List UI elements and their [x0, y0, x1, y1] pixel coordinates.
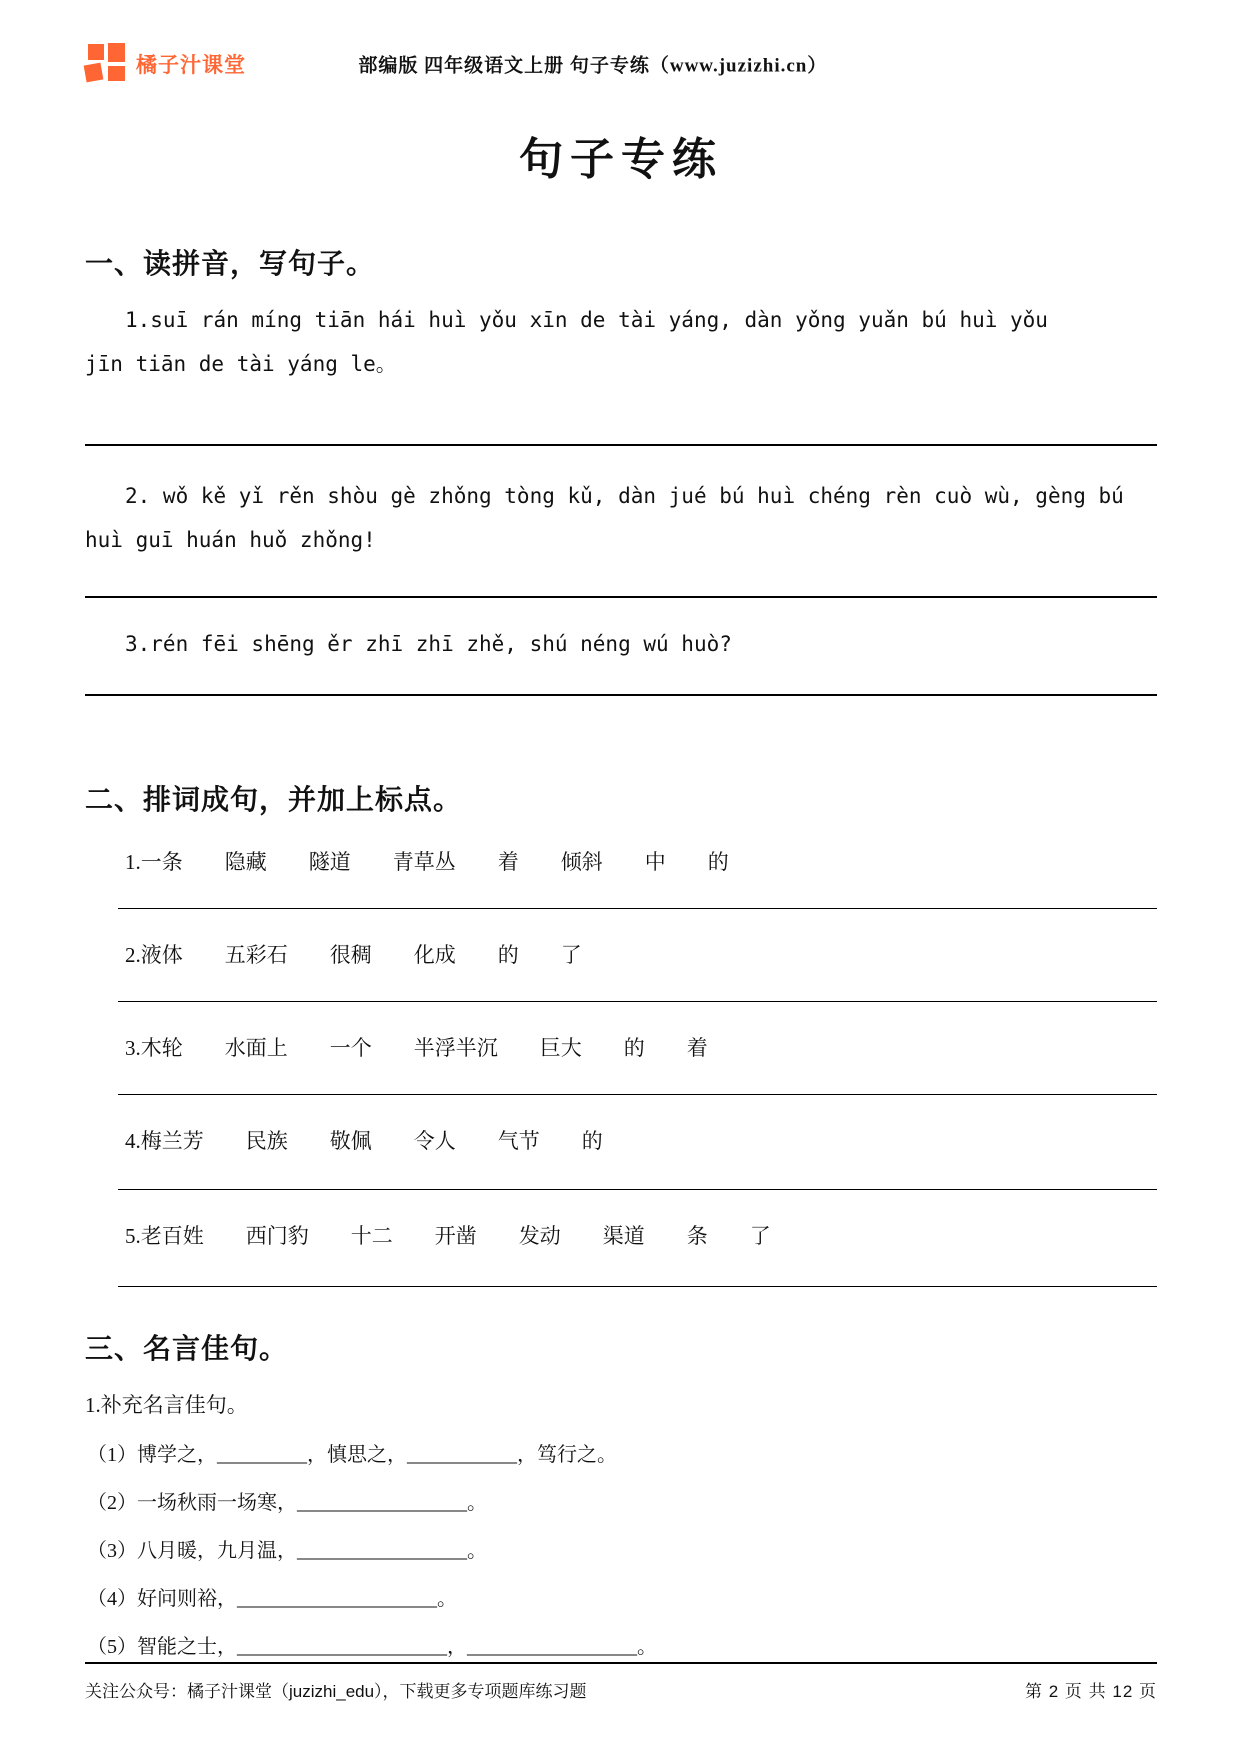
pinyin-q3-line1: 3.rén fēi shēng ěr zhī zhī zhě, shú néng… [85, 622, 1157, 666]
section1-heading: 一、读拼音，写句子。 [85, 244, 1157, 284]
section2-heading: 二、排词成句，并加上标点。 [85, 780, 1157, 820]
answer-line-q2 [85, 596, 1157, 598]
answer-line-q1 [85, 444, 1157, 446]
orange-squares-logo-icon [85, 43, 127, 85]
answer-line-reorder-5 [118, 1286, 1157, 1287]
quote-item-1: （1）博学之，_________，慎思之，___________，笃行之。 [87, 1439, 1157, 1471]
reorder-item-2: 2.液体 五彩石 很稠 化成 的 了 [85, 937, 1157, 973]
reorder-item-5: 5.老百姓 西门豹 十二 开凿 发动 渠道 条 了 [85, 1218, 1157, 1254]
pinyin-question-3: 3.rén fēi shēng ěr zhī zhī zhě, shú néng… [85, 622, 1157, 666]
brand-logo: 橘子汁课堂 [85, 43, 246, 85]
quote-item-5: （5）智能之士，_____________________，__________… [87, 1631, 1157, 1663]
pinyin-q1-line1: 1.suī rán míng tiān hái huì yǒu xīn de t… [85, 298, 1157, 342]
section3-subheading: 1.补充名言佳句。 [85, 1389, 1157, 1421]
pinyin-q2-line2: huì guī huán huǒ zhǒng! [85, 518, 1157, 562]
page-footer: 关注公众号：橘子汁课堂（juzizhi_edu），下载更多专项题库练习题 第 2… [85, 1662, 1157, 1702]
quote-item-2: （2）一场秋雨一场寒，_________________。 [87, 1487, 1157, 1519]
page-header: 橘子汁课堂 部编版 四年级语文上册 句子专练（www.juzizhi.cn） [85, 40, 1157, 88]
worksheet-page: 橘子汁课堂 部编版 四年级语文上册 句子专练（www.juzizhi.cn） 句… [0, 0, 1240, 1754]
pinyin-question-2: 2. wǒ kě yǐ rěn shòu gè zhǒng tòng kǔ, d… [85, 474, 1157, 562]
footer-note: 关注公众号：橘子汁课堂（juzizhi_edu），下载更多专项题库练习题 [85, 1677, 587, 1702]
answer-line-reorder-1 [118, 908, 1157, 909]
answer-line-reorder-4 [118, 1189, 1157, 1190]
answer-line-reorder-3 [118, 1094, 1157, 1095]
reorder-item-1: 1.一条 隐藏 隧道 青草丛 着 倾斜 中 的 [85, 844, 1157, 880]
doc-title: 句子专练 [85, 130, 1157, 190]
pinyin-question-1: 1.suī rán míng tiān hái huì yǒu xīn de t… [85, 298, 1157, 386]
section3-heading: 三、名言佳句。 [85, 1329, 1157, 1369]
reorder-item-3: 3.木轮 水面上 一个 半浮半沉 巨大 的 着 [85, 1030, 1157, 1066]
quote-item-3: （3）八月暖，九月温，_________________。 [87, 1535, 1157, 1567]
reorder-item-4: 4.梅兰芳 民族 敬佩 令人 气节 的 [85, 1123, 1157, 1159]
pinyin-q2-line1: 2. wǒ kě yǐ rěn shòu gè zhǒng tòng kǔ, d… [85, 474, 1157, 518]
pinyin-q1-line2: jīn tiān de tài yáng le。 [85, 342, 1157, 386]
page-number: 第 2 页 共 12 页 [1025, 1677, 1157, 1702]
quote-item-4: （4）好问则裕，____________________。 [87, 1583, 1157, 1615]
answer-line-q3 [85, 694, 1157, 696]
answer-line-reorder-2 [118, 1001, 1157, 1002]
header-doc-info: 部编版 四年级语文上册 句子专练（www.juzizhi.cn） [358, 51, 827, 78]
brand-logo-text: 橘子汁课堂 [136, 49, 246, 79]
